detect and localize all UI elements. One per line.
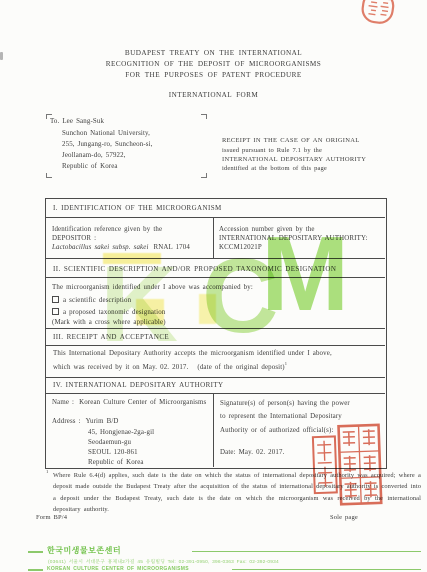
signature-power-line3: Authority or of authorized official(s): bbox=[220, 427, 333, 434]
column-divider bbox=[213, 217, 214, 258]
divider bbox=[45, 258, 385, 259]
depositor-ref-label: Identification reference given by the bbox=[52, 226, 162, 233]
footnote-text: Where Rule 6.4(d) applies, such date is … bbox=[53, 470, 421, 515]
address-corner-mark bbox=[201, 173, 207, 178]
divider bbox=[45, 377, 385, 378]
footer-org-name-korean: 한국미생물보존센터 bbox=[47, 545, 121, 556]
checkbox-taxonomic-designation bbox=[52, 308, 59, 315]
depositor-label: DEPOSITOR : bbox=[52, 235, 96, 242]
ida-address-value: Yurim B/D bbox=[86, 418, 119, 425]
divider bbox=[45, 345, 385, 346]
footnote-marker: 1 bbox=[46, 469, 48, 474]
ida-address-line: Republic of Korea bbox=[88, 459, 144, 466]
footer-org-name-english: KOREAN CULTURE CENTER OF MICROORGANISMS bbox=[47, 566, 189, 572]
acceptance-line1: This International Depositary Authority … bbox=[53, 350, 332, 357]
footer-rule-bottom bbox=[232, 569, 421, 570]
accession-label2: INTERNATIONAL DEPOSITARY AUTHORITY: bbox=[219, 235, 368, 242]
received-date-text: which was received by it on May. 02. 201… bbox=[53, 364, 188, 371]
footer-address-line: (03641) 서울시 서대문구 홍제내2가길 45 유림빌딩 Tel: 02-… bbox=[48, 558, 279, 565]
red-seal-top-icon bbox=[357, 0, 398, 32]
section2-title: II. SCIENTIFIC DESCRIPTION AND/OR PROPOS… bbox=[53, 265, 336, 273]
receipt-notice-line2: issued pursuant to Rule 7.1 by the bbox=[222, 147, 322, 154]
option-scientific-description: a scientific description bbox=[52, 296, 131, 304]
ida-name-line: Name : Korean Culture Center of Microorg… bbox=[52, 399, 206, 406]
receipt-notice-line4: identified at the bottom of this page bbox=[222, 165, 327, 172]
ida-address-line: Address : Yurim B/D bbox=[52, 418, 119, 425]
option-taxonomic-designation: a proposed taxonomic designation bbox=[52, 308, 165, 316]
original-deposit-note: (date of the original deposit) bbox=[197, 364, 284, 371]
recipient-address-line: Jeollanam-do, 57922, bbox=[62, 152, 126, 159]
form-code: Form BP/4 bbox=[36, 514, 67, 521]
page-note: Sole page bbox=[330, 514, 358, 521]
recipient-address-line: Sunchon National University, bbox=[62, 130, 150, 137]
ida-address-line: SEOUL 120-861 bbox=[88, 449, 138, 456]
acceptance-line2: which was received by it on May. 02. 201… bbox=[53, 361, 287, 371]
ida-address-line: Seodaemun-gu bbox=[88, 439, 131, 446]
treaty-title-line3: FOR THE PURPOSES OF PATENT PROCEDURE bbox=[0, 71, 427, 79]
form-type-label: INTERNATIONAL FORM bbox=[0, 91, 427, 99]
address-label: Address : bbox=[52, 418, 81, 425]
option-label: a proposed taxonomic designation bbox=[63, 309, 165, 316]
address-corner-mark bbox=[201, 114, 207, 119]
recipient-address-line: Republic of Korea bbox=[62, 163, 118, 170]
treaty-title-line2: RECOGNITION OF THE DEPOSIT OF MICROORGAN… bbox=[0, 60, 427, 68]
organism-name: Lactobacillus sakei subsp. sakei bbox=[52, 244, 149, 251]
checkbox-scientific-description bbox=[52, 296, 59, 303]
treaty-title-line1: BUDAPEST TREATY ON THE INTERNATIONAL bbox=[0, 49, 427, 57]
ida-name-value: Korean Culture Center of Microorganisms bbox=[79, 399, 206, 406]
divider bbox=[45, 217, 385, 218]
ida-address-line: 45, Hongjenae-2ga-gil bbox=[88, 429, 154, 436]
depositor-reference-value: Lactobacillus sakei subsp. sakei RNAL 17… bbox=[52, 244, 190, 251]
accession-label1: Accession number given by the bbox=[219, 226, 315, 233]
divider bbox=[45, 328, 385, 329]
mark-cross-note: (Mark with a cross where applicable) bbox=[52, 319, 166, 326]
recipient-address-line: 255, Jungang-ro, Suncheon-si, bbox=[62, 141, 153, 148]
receipt-notice-line3: INTERNATIONAL DEPOSITARY AUTHORITY bbox=[222, 156, 366, 163]
section2-intro: The microorganism identified under I abo… bbox=[52, 284, 253, 291]
section4-title: IV. INTERNATIONAL DEPOSITARY AUTHORITY bbox=[53, 381, 224, 389]
signature-date: Date: May. 02. 2017. bbox=[220, 449, 284, 456]
receipt-notice-line1: RECEIPT IN THE CASE OF AN ORIGINAL bbox=[222, 137, 360, 144]
signature-power-line2: to represent the International Depositar… bbox=[220, 413, 342, 420]
accession-number: KCCM12021P bbox=[219, 244, 262, 251]
footer-rule-left2 bbox=[28, 569, 43, 571]
divider bbox=[45, 277, 385, 278]
divider bbox=[45, 393, 385, 394]
recipient-name: To. Lee Sang-Suk bbox=[50, 118, 104, 125]
signature-power-line1: Signature(s) of person(s) having the pow… bbox=[220, 400, 350, 407]
section1-title: I. IDENTIFICATION OF THE MICROORGANISM bbox=[53, 204, 222, 212]
address-corner-mark bbox=[46, 173, 52, 178]
option-label: a scientific description bbox=[63, 297, 131, 304]
footer-rule-top bbox=[192, 551, 421, 552]
scanned-document-page: BUDAPEST TREATY ON THE INTERNATIONAL REC… bbox=[0, 0, 427, 572]
section3-title: III. RECEIPT AND ACCEPTANCE bbox=[53, 333, 169, 341]
footer-rule-left bbox=[28, 551, 43, 553]
footnote-reference: 1 bbox=[285, 361, 287, 366]
column-divider bbox=[213, 393, 214, 467]
strain-number: RNAL 1704 bbox=[154, 244, 190, 251]
name-label: Name : bbox=[52, 399, 74, 406]
